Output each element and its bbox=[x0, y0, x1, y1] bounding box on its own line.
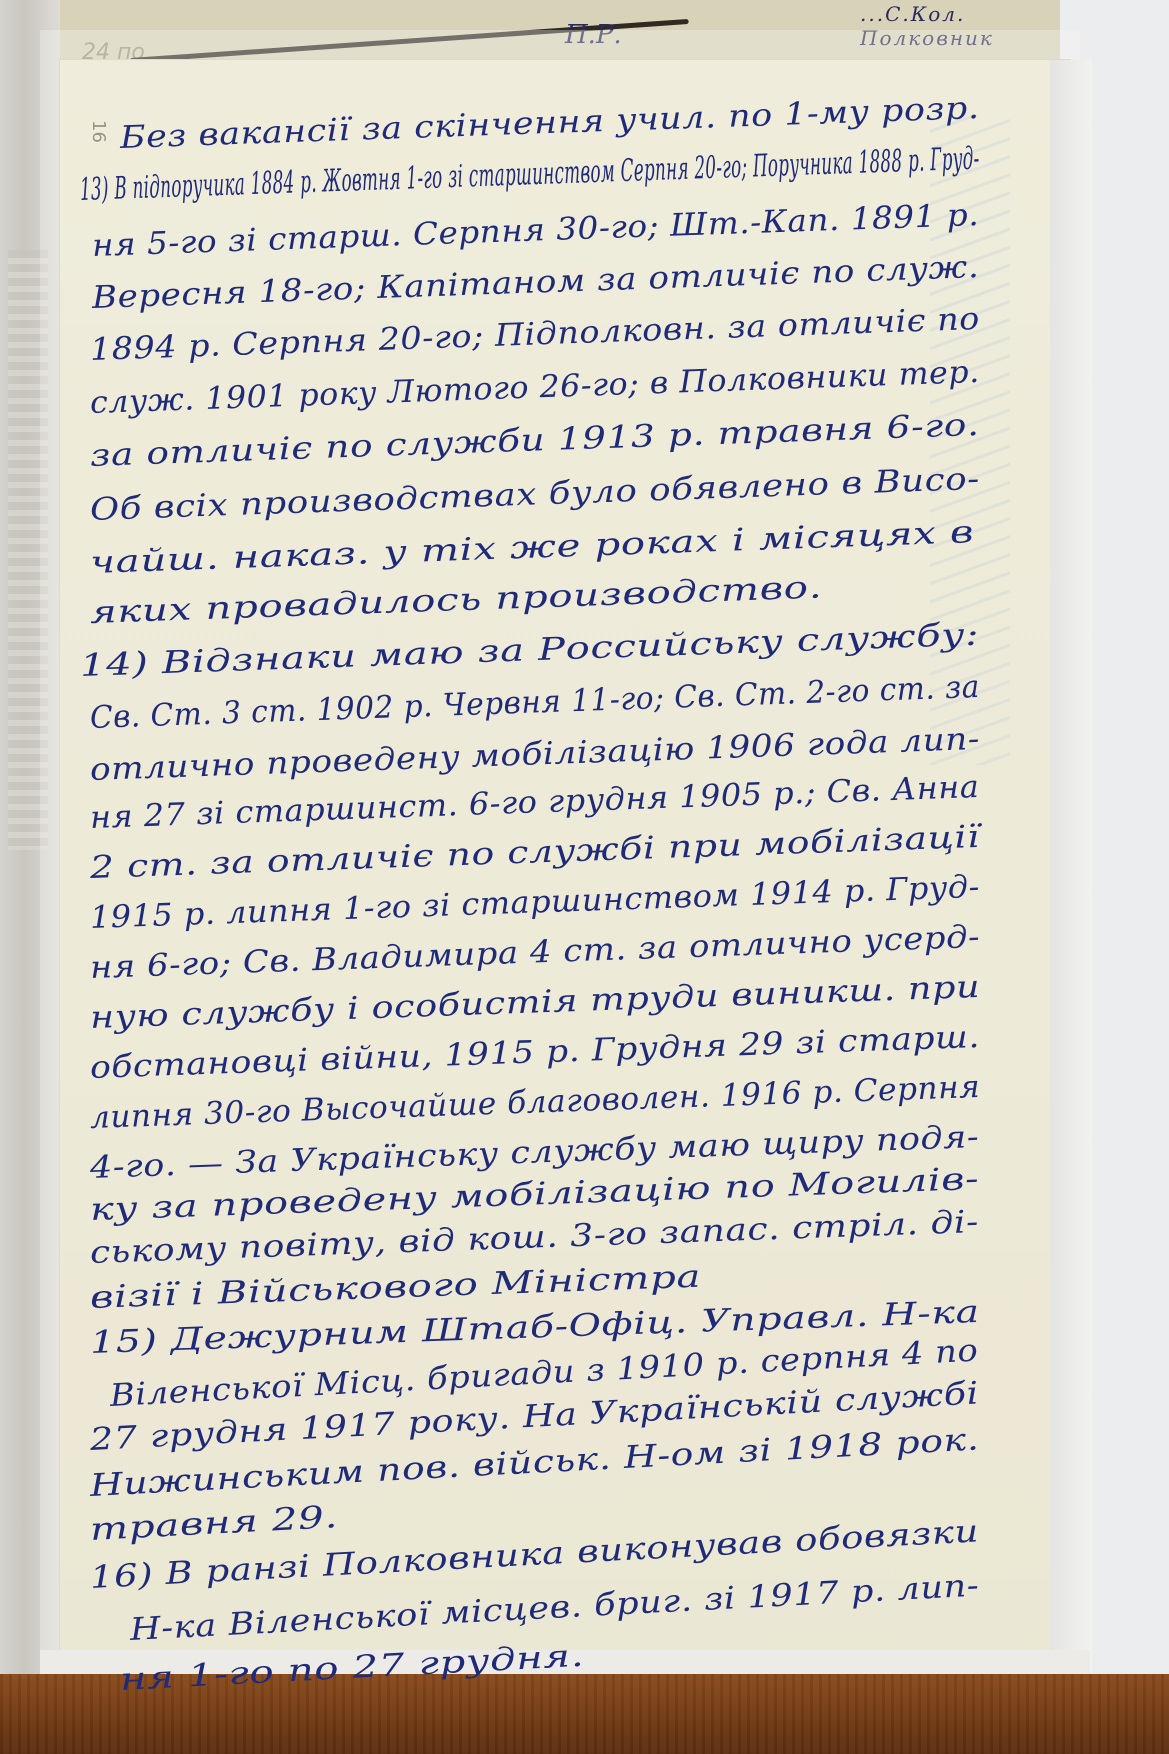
previous-sheet-text: ...С.Кол. Полковник bbox=[860, 2, 1060, 50]
previous-sheet-letters: П.Р. bbox=[565, 20, 622, 50]
archive-binder-edge bbox=[0, 0, 61, 1700]
tissue-right-edge bbox=[1050, 60, 1092, 1700]
margin-pencil-note: 16 bbox=[88, 120, 109, 143]
binder-stripe bbox=[8, 250, 48, 850]
